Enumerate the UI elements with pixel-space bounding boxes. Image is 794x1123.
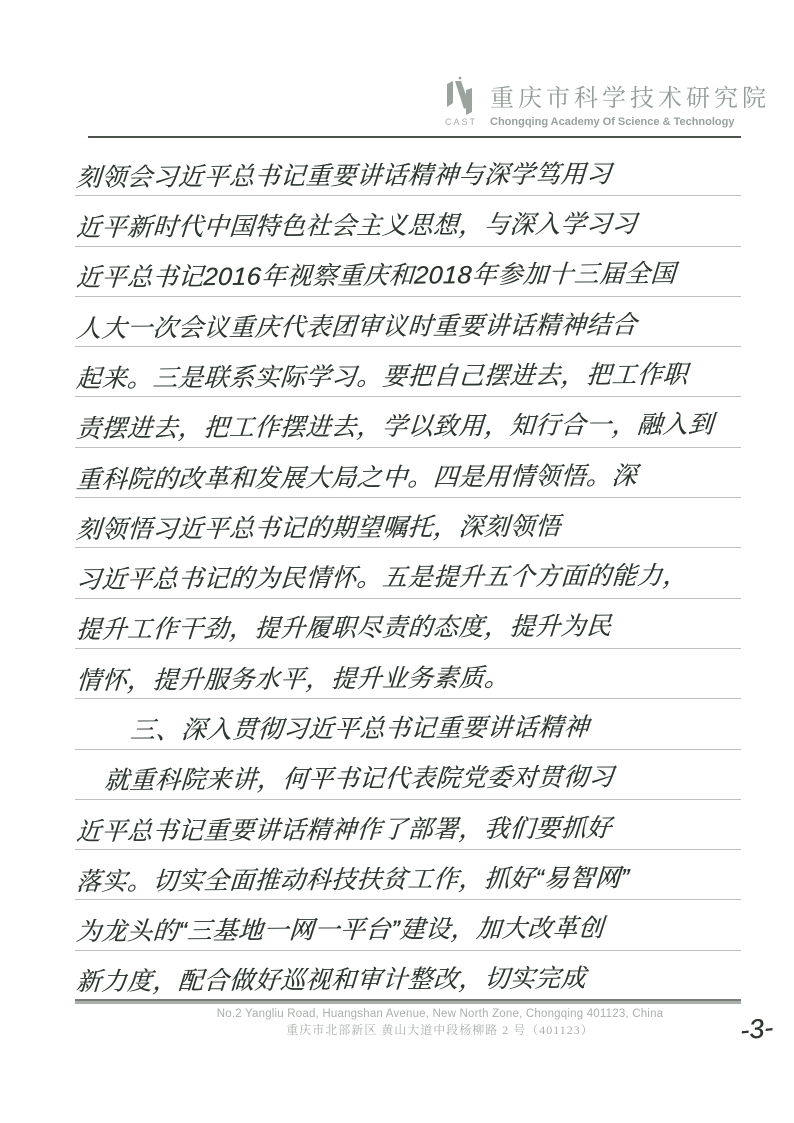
- line-text: 习近平总书记的为民情怀。五是提升五个方面的能力，: [75, 563, 689, 598]
- line-text: 近平总书记2016年视察重庆和2018年参加十三届全国: [75, 261, 677, 296]
- handwritten-line: 提升工作干劲，提升履职尽责的态度，提升为民: [75, 599, 741, 649]
- handwritten-line: 近平总书记重要讲话精神作了部署，我们要抓好: [75, 800, 741, 850]
- letterhead-divider: [88, 136, 741, 138]
- handwritten-line: 起来。三是联系实际学习。要把自己摆进去，把工作职: [75, 347, 741, 397]
- handwritten-line-section-heading: 三、深入贯彻习近平总书记重要讲话精神: [75, 699, 741, 749]
- handwritten-line: 就重科院来讲，何平书记代表院党委对贯彻习: [75, 750, 741, 800]
- handwritten-line: 新力度，配合做好巡视和审计整改，切实完成: [75, 951, 741, 1001]
- handwritten-line: 人大一次会议重庆代表团审议时重要讲话精神结合: [75, 297, 741, 347]
- line-text: 近平总书记重要讲话精神作了部署，我们要抓好: [75, 815, 612, 849]
- handwritten-line: 刻领悟习近平总书记的期望嘱托，深刻领悟: [75, 498, 741, 548]
- line-text: 重科院的改革和发展大局之中。四是用情领悟。深: [75, 463, 638, 497]
- line-text: 就重科院来讲，何平书记代表院党委对贯彻习: [75, 765, 615, 799]
- cast-logo-text: CAST: [441, 117, 481, 127]
- address-english: No.2 Yangliu Road, Huangshan Avenue, New…: [90, 1007, 790, 1022]
- handwritten-line: 刻领会习近平总书记重要讲话精神与深学笃用习: [75, 146, 741, 196]
- line-text: 提升工作干劲，提升履职尽责的态度，提升为民: [75, 614, 612, 648]
- handwritten-line: 责摆进去，把工作摆进去，学以致用，知行合一，融入到: [75, 397, 741, 447]
- org-names: 重庆市科学技术研究院 Chongqing Academy Of Science …: [490, 76, 770, 128]
- org-name-chinese: 重庆市科学技术研究院: [490, 78, 770, 113]
- line-text: 责摆进去，把工作摆进去，学以致用，知行合一，融入到: [75, 412, 714, 447]
- handwritten-line: 重科院的改革和发展大局之中。四是用情领悟。深: [75, 448, 741, 498]
- line-text: 刻领会习近平总书记重要讲话精神与深学笃用习: [75, 161, 612, 195]
- cast-logo-icon: [443, 76, 479, 116]
- line-text: 为龙头的“三基地一网一平台”建设，加大改革创: [75, 916, 605, 950]
- address-chinese: 重庆市北部新区 黄山大道中段杨柳路 2 号（401123）: [90, 1022, 790, 1038]
- handwritten-line: 落实。切实全面推动科技扶贫工作，抓好“易智网”: [75, 850, 741, 900]
- letterhead-footer: No.2 Yangliu Road, Huangshan Avenue, New…: [90, 1007, 790, 1038]
- handwritten-line: 为龙头的“三基地一网一平台”建设，加大改革创: [75, 900, 741, 950]
- line-text: 落实。切实全面推动科技扶贫工作，抓好“易智网”: [75, 865, 630, 899]
- handwritten-line: 近平新时代中国特色社会主义思想，与深入学习习: [75, 196, 741, 246]
- line-text: 情怀，提升服务水平，提升业务素质。: [75, 665, 510, 699]
- letterhead: CAST 重庆市科学技术研究院 Chongqing Academy Of Sci…: [441, 76, 770, 128]
- line-text: 新力度，配合做好巡视和审计整改，切实完成: [75, 965, 587, 999]
- handwriting-area: 刻领会习近平总书记重要讲话精神与深学笃用习 近平新时代中国特色社会主义思想，与深…: [75, 146, 741, 1001]
- handwritten-page-number: -3-: [738, 1012, 774, 1046]
- line-text: 起来。三是联系实际学习。要把自己摆进去，把工作职: [75, 362, 689, 397]
- line-text: 近平新时代中国特色社会主义思想，与深入学习习: [75, 211, 638, 245]
- handwritten-line: 近平总书记2016年视察重庆和2018年参加十三届全国: [75, 247, 741, 297]
- handwritten-line: 习近平总书记的为民情怀。五是提升五个方面的能力，: [75, 548, 741, 598]
- line-text: 刻领悟习近平总书记的期望嘱托，深刻领悟: [75, 513, 561, 547]
- cast-logo: CAST: [441, 76, 481, 127]
- line-text: 人大一次会议重庆代表团审议时重要讲话精神结合: [75, 312, 638, 346]
- handwritten-line: 情怀，提升服务水平，提升业务素质。: [75, 649, 741, 699]
- document-page: CAST 重庆市科学技术研究院 Chongqing Academy Of Sci…: [0, 0, 794, 1123]
- org-name-english: Chongqing Academy Of Science & Technolog…: [490, 116, 770, 128]
- line-text: 三、深入贯彻习近平总书记重要讲话精神: [75, 714, 590, 748]
